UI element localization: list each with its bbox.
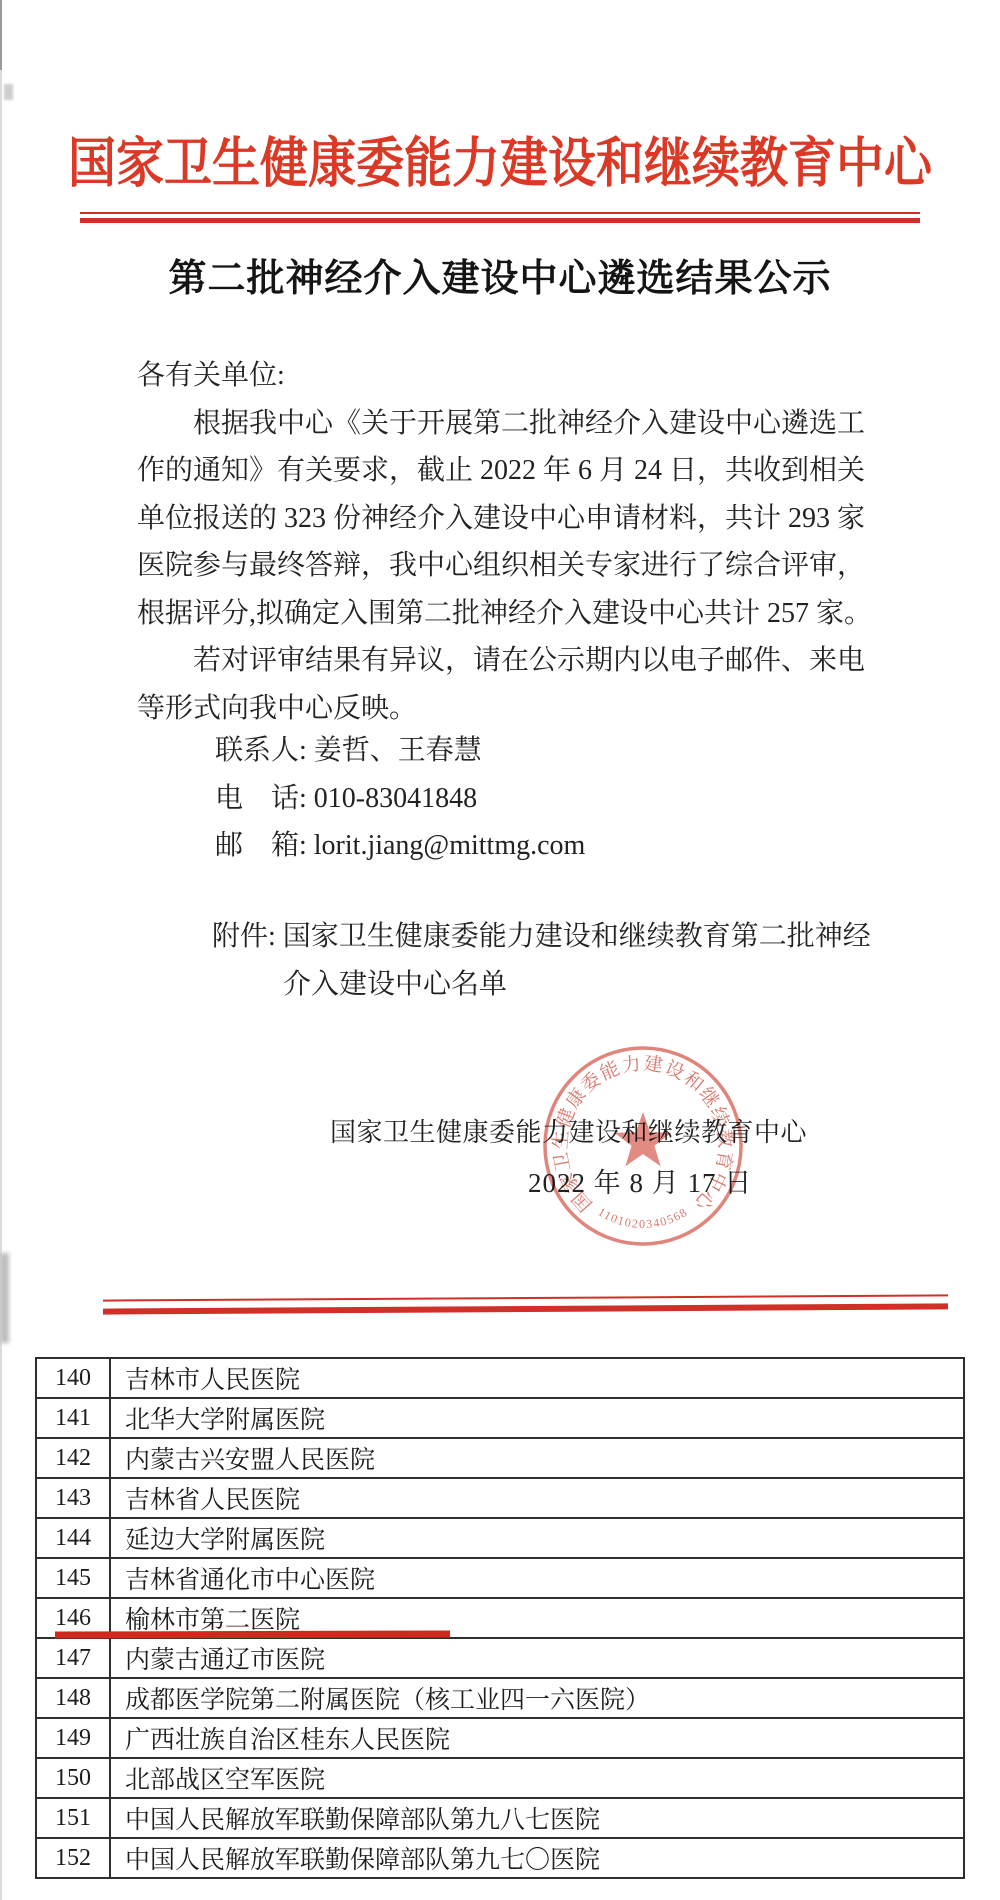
hospital-name-cell: 吉林省人民医院 <box>111 1479 963 1517</box>
paragraph-line: 根据评分,拟确定入围第二批神经介入建设中心共计 257 家。 <box>137 590 867 638</box>
row-number-cell: 149 <box>37 1719 111 1757</box>
row-number-cell: 143 <box>37 1479 111 1517</box>
row-number-cell: 147 <box>37 1639 111 1677</box>
hospital-name-cell: 北华大学附属医院 <box>111 1399 963 1437</box>
paragraph-line: 若对评审结果有异议，请在公示期内以电子邮件、来电 <box>137 637 867 685</box>
row-number-cell: 142 <box>37 1439 111 1477</box>
scan-smudge <box>0 1253 9 1343</box>
org-header-title: 国家卫生健康委能力建设和继续教育中心 <box>0 120 1000 197</box>
contact-person-line: 联系人: 姜哲、王春慧 <box>215 727 585 775</box>
row-number-cell: 152 <box>37 1839 111 1877</box>
table-row: 140 吉林市人民医院 <box>37 1359 963 1399</box>
section-divider-thick <box>103 1303 948 1314</box>
table-row: 141 北华大学附属医院 <box>37 1399 963 1439</box>
hospital-name-cell: 成都医学院第二附属医院（核工业四一六医院） <box>111 1679 963 1717</box>
signature-org: 国家卫生健康委能力建设和继续教育中心 <box>330 1112 807 1149</box>
hospital-name-cell: 内蒙古兴安盟人民医院 <box>111 1439 963 1477</box>
table-row: 142 内蒙古兴安盟人民医院 <box>37 1439 963 1479</box>
document-title: 第二批神经介入建设中心遴选结果公示 <box>0 247 1000 302</box>
table-row: 145 吉林省通化市中心医院 <box>37 1559 963 1599</box>
phone-line: 电 话: 010-83041848 <box>215 775 585 823</box>
row-number-cell: 145 <box>37 1559 111 1597</box>
paragraph-line: 作的通知》有关要求，截止 2022 年 6 月 24 日，共收到相关 <box>137 447 867 495</box>
seal-serial: 1101020340568 <box>596 1205 691 1231</box>
hospital-name-cell: 吉林市人民医院 <box>111 1359 963 1397</box>
scanned-document-page: 国家卫生健康委能力建设和继续教育中心 第二批神经介入建设中心遴选结果公示 各有关… <box>0 0 1000 1900</box>
row-number-cell: 150 <box>37 1759 111 1797</box>
table-row: 148 成都医学院第二附属医院（核工业四一六医院） <box>37 1679 963 1719</box>
hospital-name-cell: 北部战区空军医院 <box>111 1759 963 1797</box>
email-line: 邮 箱: lorit.jiang@mittmg.com <box>215 822 585 870</box>
row-number-cell: 140 <box>37 1359 111 1397</box>
body-paragraphs: 各有关单位: 根据我中心《关于开展第二批神经介入建设中心遴选工 作的通知》有关要… <box>137 352 867 732</box>
paragraph-line: 医院参与最终答辩，我中心组织相关专家进行了综合评审， <box>137 542 867 590</box>
row-number-cell: 141 <box>37 1399 111 1437</box>
row-number-cell: 144 <box>37 1519 111 1557</box>
attachment-line: 附件: 国家卫生健康委能力建设和继续教育第二批神经 <box>212 913 871 961</box>
table-row: 147 内蒙古通辽市医院 <box>37 1639 963 1679</box>
signature-date: 2022 年 8 月 17 日 <box>528 1161 752 1200</box>
hospital-table: 140 吉林市人民医院 141 北华大学附属医院 142 内蒙古兴安盟人民医院 … <box>35 1357 965 1879</box>
hospital-name-cell: 广西壮族自治区桂东人民医院 <box>111 1719 963 1757</box>
attachment-line: 介入建设中心名单 <box>212 961 871 1009</box>
hospital-name-cell: 中国人民解放军联勤保障部队第九八七医院 <box>111 1799 963 1837</box>
table-row: 152 中国人民解放军联勤保障部队第九七〇医院 <box>37 1839 963 1877</box>
table-row: 150 北部战区空军医院 <box>37 1759 963 1799</box>
contact-block: 联系人: 姜哲、王春慧 电 话: 010-83041848 邮 箱: lorit… <box>215 727 585 870</box>
hospital-name-cell: 内蒙古通辽市医院 <box>111 1639 963 1677</box>
table-row: 143 吉林省人民医院 <box>37 1479 963 1519</box>
highlight-underline <box>55 1630 450 1638</box>
section-divider-thin <box>103 1294 948 1301</box>
table-row: 144 延边大学附属医院 <box>37 1519 963 1559</box>
header-divider-thick <box>80 218 920 223</box>
table-row: 149 广西壮族自治区桂东人民医院 <box>37 1719 963 1759</box>
table-row: 151 中国人民解放军联勤保障部队第九八七医院 <box>37 1799 963 1839</box>
hospital-name-cell: 延边大学附属医院 <box>111 1519 963 1557</box>
paragraph-line: 根据我中心《关于开展第二批神经介入建设中心遴选工 <box>137 400 867 448</box>
hospital-name-cell: 吉林省通化市中心医院 <box>111 1559 963 1597</box>
row-number-cell: 151 <box>37 1799 111 1837</box>
header-divider-thin <box>80 212 920 214</box>
row-number-cell: 148 <box>37 1679 111 1717</box>
salutation: 各有关单位: <box>137 352 867 400</box>
paragraph-line: 单位报送的 323 份神经介入建设中心申请材料，共计 293 家 <box>137 495 867 543</box>
hospital-name-cell: 中国人民解放军联勤保障部队第九七〇医院 <box>111 1839 963 1877</box>
attachment-block: 附件: 国家卫生健康委能力建设和继续教育第二批神经 介入建设中心名单 <box>212 913 871 1008</box>
scan-edge-mark <box>0 0 2 70</box>
scan-corner-mark <box>4 84 13 100</box>
paragraph-line: 等形式向我中心反映。 <box>137 685 867 733</box>
